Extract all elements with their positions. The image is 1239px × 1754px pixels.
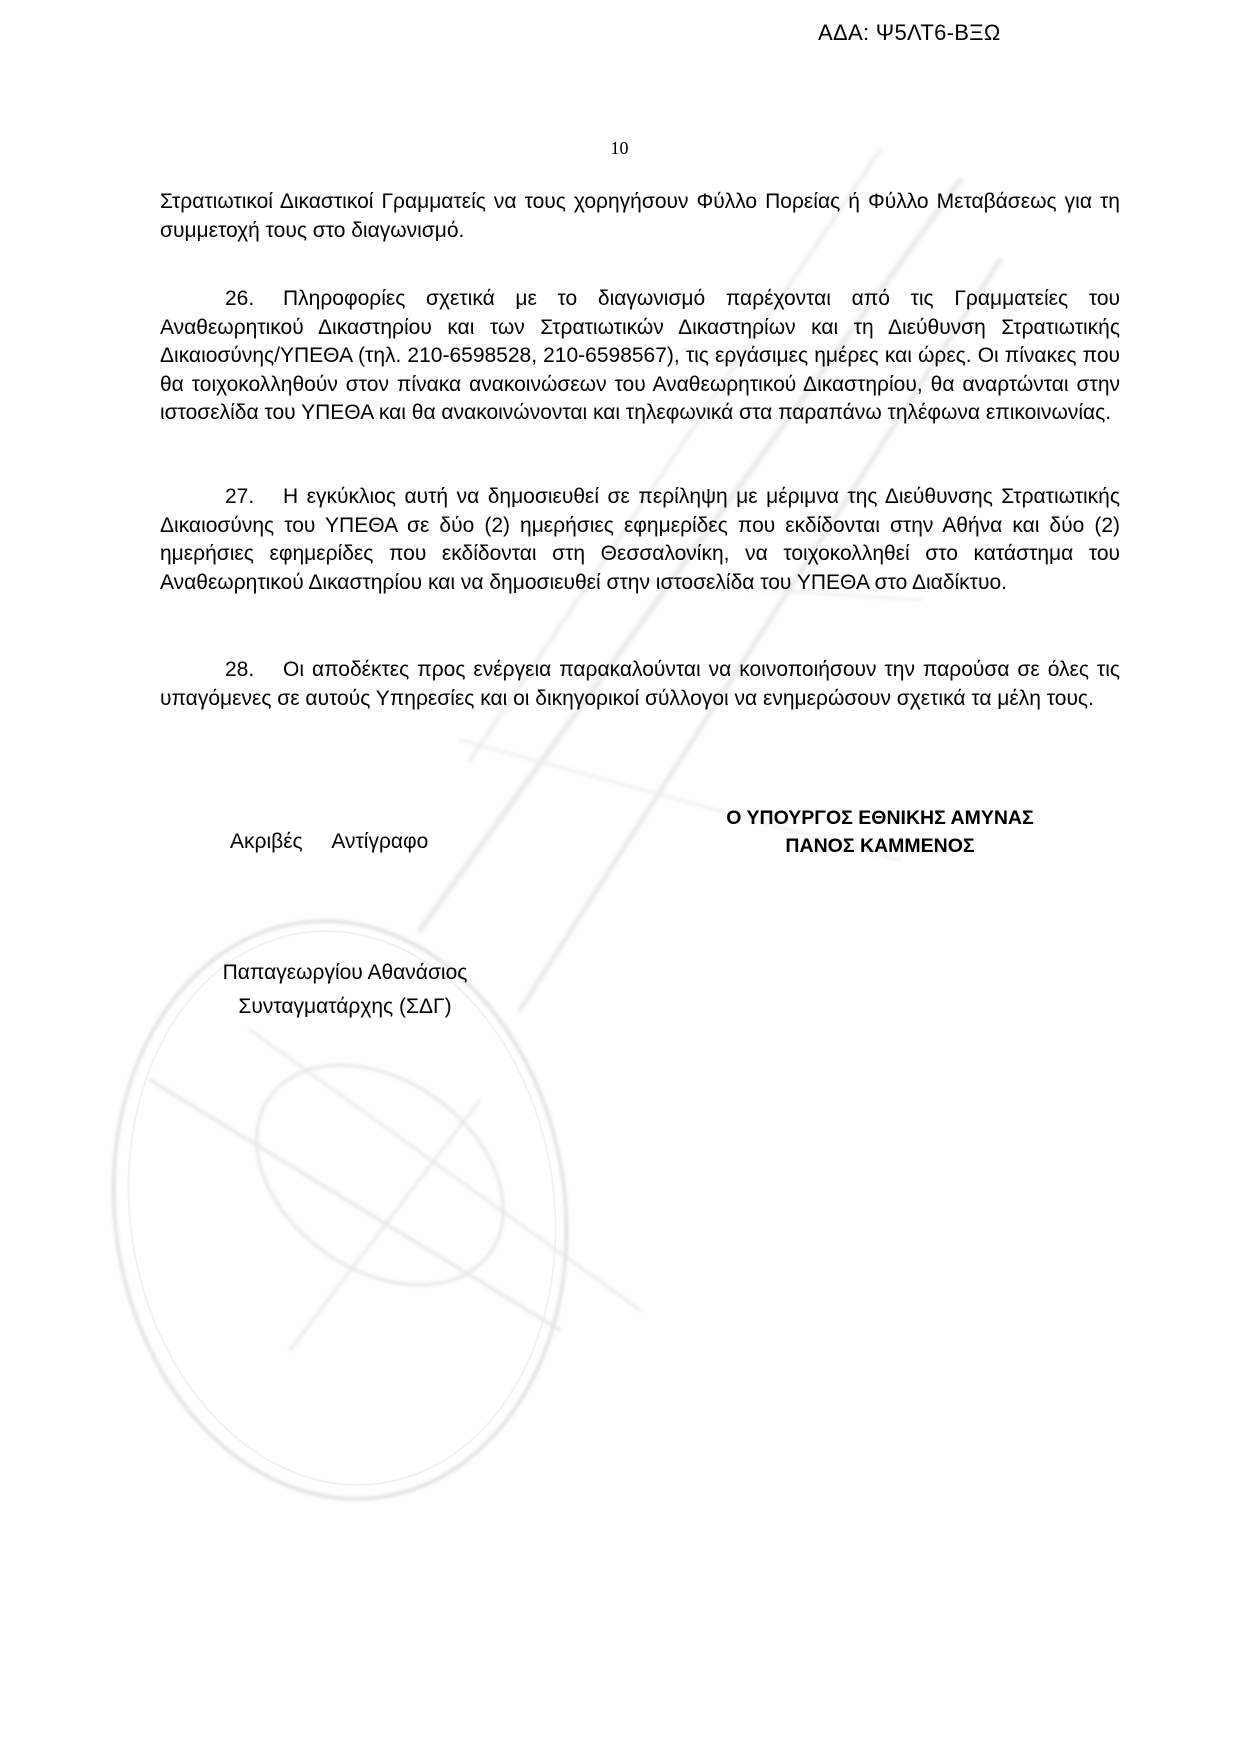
- page-number: 10: [0, 138, 1239, 159]
- paragraph-28: 28.Οι αποδέκτες προς ενέργεια παρακαλούν…: [160, 656, 1120, 713]
- paragraph-continuation: Στρατιωτικοί Δικαστικοί Γραμματείς να το…: [160, 188, 1120, 245]
- minister-name: ΠΑΝΟΣ ΚΑΜΜΕΝΟΣ: [650, 832, 1110, 860]
- paragraph-number: 26.: [225, 285, 283, 314]
- ada-code: ΑΔΑ: Ψ5ΛΤ6-ΒΞΩ: [818, 20, 1001, 46]
- clerk-signature-block: Παπαγεωργίου Αθανάσιος Συνταγματάρχης (Σ…: [200, 956, 490, 1024]
- paragraph-27: 27.Η εγκύκλιος αυτή να δημοσιευθεί σε πε…: [160, 483, 1120, 597]
- paragraph-26: 26.Πληροφορίες σχετικά με το διαγωνισμό …: [160, 285, 1120, 428]
- minister-signature-block: Ο ΥΠΟΥΡΓΟΣ ΕΘΝΙΚΗΣ ΑΜΥΝΑΣ ΠΑΝΟΣ ΚΑΜΜΕΝΟΣ: [650, 804, 1110, 860]
- minister-title: Ο ΥΠΟΥΡΓΟΣ ΕΘΝΙΚΗΣ ΑΜΥΝΑΣ: [650, 804, 1110, 832]
- paragraph-number: 27.: [225, 483, 283, 512]
- clerk-rank: Συνταγματάρχης (ΣΔΓ): [200, 990, 490, 1024]
- paragraph-text: Στρατιωτικοί Δικαστικοί Γραμματείς να το…: [160, 188, 1120, 245]
- paragraph-number: 28.: [225, 656, 283, 685]
- clerk-name: Παπαγεωργίου Αθανάσιος: [200, 956, 490, 990]
- paragraph-text: Πληροφορίες σχετικά με το διαγωνισμό παρ…: [160, 287, 1120, 424]
- embossed-stamp-watermark: [0, 0, 1239, 1754]
- certified-copy-label: Ακριβές Αντίγραφο: [230, 830, 428, 854]
- paragraph-text: Οι αποδέκτες προς ενέργεια παρακαλούνται…: [160, 658, 1120, 710]
- paragraph-text: Η εγκύκλιος αυτή να δημοσιευθεί σε περίλ…: [160, 485, 1120, 594]
